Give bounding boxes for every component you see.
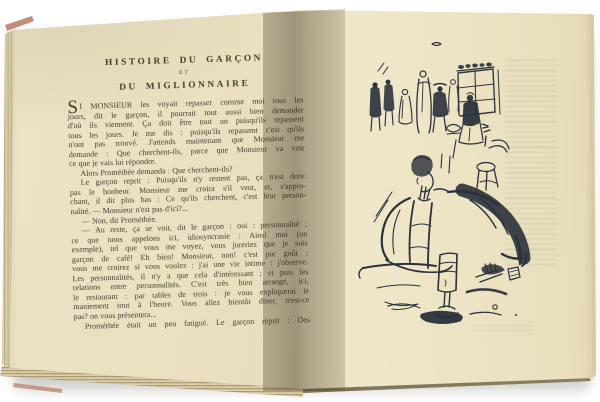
left-page-text: HISTOIRE DU GARÇON ET DU MIGLIONNAIRE SI…: [66, 52, 310, 331]
body-text: SI MONSIEUR les voyait repasser comme mo…: [67, 95, 310, 331]
chapter-title: HISTOIRE DU GARÇON ET DU MIGLIONNAIRE: [66, 52, 303, 95]
book-photo: HISTOIRE DU GARÇON ET DU MIGLIONNAIRE SI…: [0, 0, 600, 402]
chapter-title-line3: DU MIGLIONNAIRE: [67, 77, 303, 95]
cafe-scene-illustration: [330, 40, 595, 340]
